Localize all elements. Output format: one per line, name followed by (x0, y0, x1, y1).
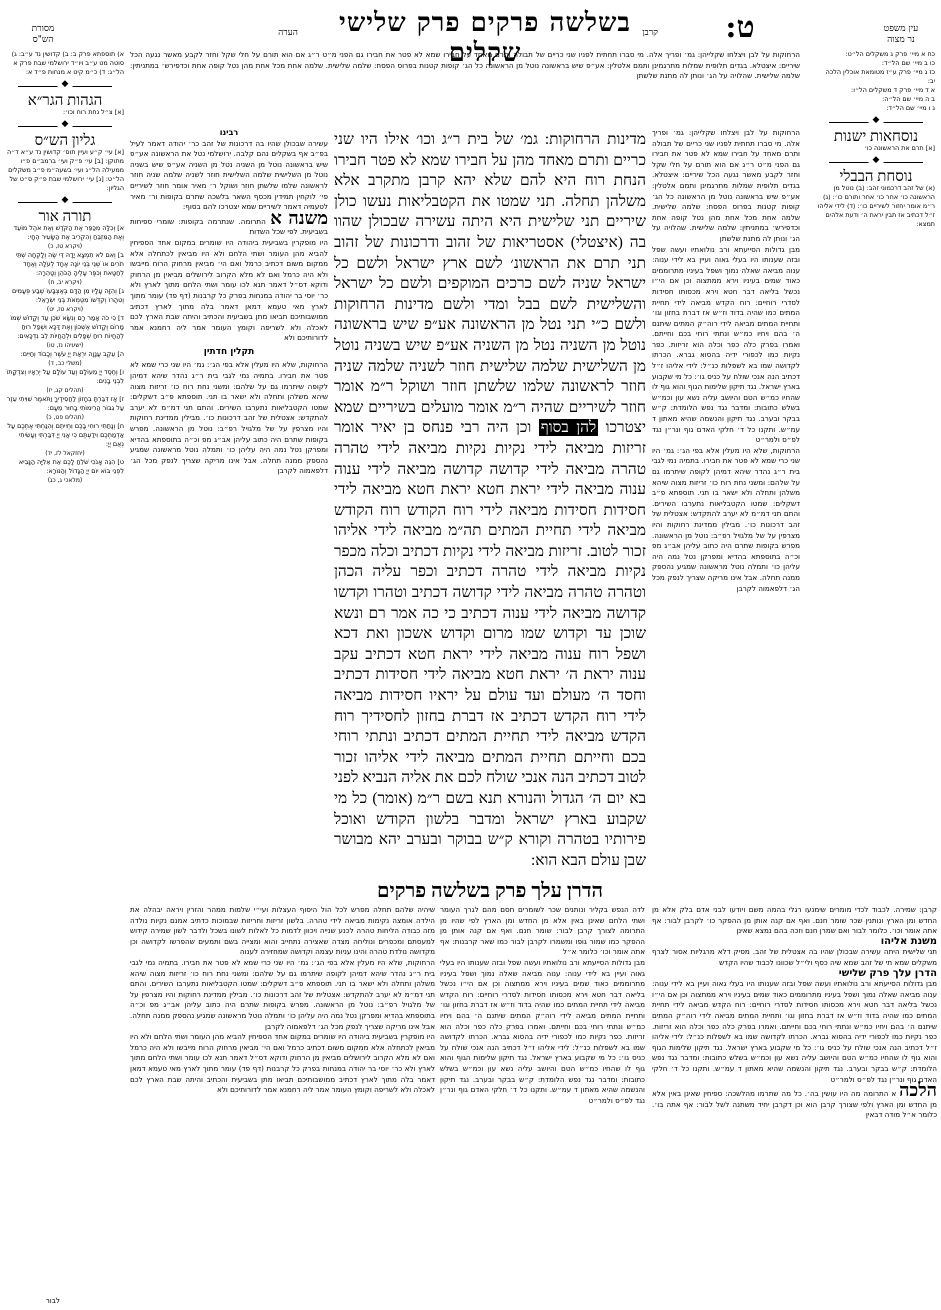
mishnat-eliyahu-text: תני שלישית היתה עשירה שבכולן שהיו בה אצט… (652, 947, 937, 968)
verse: ב] וְאִם לֹא תִמְצָא יָדָהּ דֵּי שֶׂה וְ… (6, 251, 124, 278)
korban-label: קרבן (630, 28, 670, 39)
verse: ד] כִּי כֹה אָמַר רָם וְנִשָּׂא שֹׁכֵן ע… (6, 314, 124, 341)
korban-haeda-text: הרחוקות על לבן ויצלחו שקלייהן: גמ׳ ופריך… (652, 128, 800, 245)
ornament-divider (829, 157, 923, 169)
daf-number: ט: (710, 10, 770, 45)
lower-middle-commentary: לדה הנפש בקליר ונותנים שכר לשומרים חסם מ… (440, 905, 645, 1305)
hagahot-text: [א] צ״ל נחת רוח וכו׳: (6, 108, 124, 117)
korban-haeda-text: מבן גדולות הסייעתא ורב נולואתיו ועשה שפל… (652, 245, 800, 446)
verse: ט] הִנֵּה אָנֹכִי שֹׁלֵחַ לָכֶם אֵת אֵלִ… (6, 458, 124, 476)
ein-mishpat-label: עין משפט (871, 24, 931, 35)
pnei-moshe-column: רבינו עשירה שבכולן שהיו בה דרכונות של זה… (130, 128, 328, 898)
nusach-bavli-title: נוסחת הבבלי (817, 173, 935, 182)
chapter-end-heading: הדרן עלך פרק בשלשה פרקים (334, 881, 646, 900)
gemara-text: מדינות הרחוקות: גמ׳ של בית ר״ג וכו׳ אילו… (334, 131, 646, 436)
ner-mitzva-label: נר מצוה (871, 35, 931, 46)
ein-mishpat-entry: ב ה מיי׳ שם הל״ה: (817, 95, 935, 104)
hashas-label: הש"ס (18, 35, 68, 46)
bottom-left-text: שיהיה שלהם תחלה מפרש לכל הול היסוף העצלו… (130, 905, 435, 958)
catchword: לבור (20, 1296, 60, 1307)
verse-source: (תהלים קג, יז) (6, 386, 124, 395)
verse: ח] וְנָתַתִּי רוּחִי בָכֶם וִחְיִיתֶם וְ… (6, 422, 124, 449)
mishna-body: היו מופקרין בשביעית ביהודה היו שומרים במ… (130, 238, 328, 344)
halacha-lower-label: הלכה (899, 1080, 937, 1100)
mesoret-label: מסורת (18, 24, 68, 35)
ein-mishpat-column: כח א מיי׳ פרק ג משקלים הל״ט: כו ב מיי׳ ש… (817, 50, 935, 350)
ein-mishpat-entry: א ד מיי׳ פרק ד משקלים הל״ו: (817, 86, 935, 95)
tiklin-title: תקלין חדתין (130, 347, 328, 358)
verse: א] וְכִלָּה מִכַּפֵּר אֶת הַקֹּדֶשׁ וְאֶ… (6, 224, 124, 242)
verse: ה] עֵקֶב עֲנָוָה יִרְאַת יְיָ עֹשֶׁר וְכ… (6, 350, 124, 359)
gilyon-text: [א] עי׳ ק״ע ועיין תוס׳ קדושין נד ע״א ד״ה… (6, 148, 124, 193)
haeda-label: הערה (268, 28, 308, 39)
main-text-column: מדינות הרחוקות: גמ׳ של בית ר״ג וכו׳ אילו… (334, 130, 646, 900)
ornament-divider (18, 121, 112, 133)
verse-source: (ישעיהו נז, טו) (6, 341, 124, 350)
ein-mishpat-entry: כז ג מיי׳ פרק ע״ז מטומאת אוכלין הלכה יב: (817, 68, 935, 86)
korban-haeda-column: הרחוקות על לבן ויצלחו שקלייהן: גמ׳ ופריך… (652, 128, 800, 898)
mishna-label: משנה א (270, 208, 328, 228)
verse-source: (ויקרא טז, כ) (6, 242, 124, 251)
korban-commentary-top: הרחוקות על לבן ויצלחו שקלייהן: גמ׳ ופריך… (130, 50, 800, 128)
verse-source: (תהלים פט, כ) (6, 413, 124, 422)
verse: ז] אָז דִּבַּרְתָּ בְחָזוֹן לַחֲסִידֶיךָ… (6, 395, 124, 413)
halacha-lower-text: א התרומה מה היו עושין בה׳. כל מה שתרמו מ… (652, 1089, 937, 1119)
bottom-left-text: היו מופקרין בשביעית ביהודה היו שומרים במ… (130, 1032, 435, 1096)
lower-left-commentary: שיהיה שלהם תחלה מפרש לכל הול היסוף העצלו… (130, 905, 435, 1295)
verse-source: (מלאכי ג, כג) (6, 476, 124, 485)
ornament-divider (18, 81, 112, 93)
lower-right-commentary: קרבן: שמירה. לכבוד לכדי מומרים שימנעו רג… (652, 905, 937, 1305)
ein-mishpat-entry: כח א מיי׳ פרק ג משקלים הל״ט: (817, 50, 935, 59)
verse-source: (ויקרא טז, יט) (6, 305, 124, 314)
bottom-mid-text: מבן גדולות הסייעתא ורב נולואתיו ועשה שפל… (440, 958, 645, 1106)
verse-source: (יחזקאל לז, יד) (6, 449, 124, 458)
nuschaot-title: נוסחאות ישנות (817, 133, 935, 142)
ornament-divider (18, 197, 112, 209)
tiklin-text: הרחוקות, שלא היו מעלין אלא בפי הג׳: גמ׳ … (130, 360, 328, 477)
ein-mishpat-entry: כו ב מיי׳ שם הל״ד: (817, 59, 935, 68)
pnei-moshe-text-top: עשירה שבכולן שהיו בה דרכונות של זהב כר׳ … (130, 139, 328, 213)
verse: ו] וְחֶסֶד יְיָ מֵעוֹלָם וְעַד עוֹלָם עַ… (6, 368, 124, 386)
mishnat-eliyahu-title: משנת אליהו (652, 937, 937, 948)
verse-source: (משלי כב, ד) (6, 359, 124, 368)
torah-or-title: תורה אור (6, 213, 124, 222)
ein-mishpat-header: עין משפט נר מצוה (871, 24, 931, 46)
korban-haeda-text: הרחוקות, שלא היו מעלין אלא בפי הג׳: גמ׳ … (652, 446, 800, 594)
mesoret-header: מסורת הש"ס (18, 24, 68, 46)
hadran-small: הדרן עלך פרק שלישי (652, 969, 937, 980)
bottom-left-text: הרחוקות, שלא היו מעלין אלא בפי הג׳: גמ׳ … (130, 958, 435, 1032)
mesoret-entries: א) תוספתא פרק ב: ב) קדושין נד ע״ב: ג) סו… (6, 50, 124, 77)
ornament-divider (829, 117, 923, 129)
verse: ג] וְהִזָּה עָלָיו מִן הַדָּם בְּאֶצְבָּ… (6, 287, 124, 305)
nusach-bavli-text: (א) של זהב דרכמוני זהב: (ב) נוטל מן הראש… (817, 184, 935, 229)
gemara-text-continued: וכן היה רבי פנחס בן יאיר אומר זריזות מבי… (334, 419, 646, 868)
ribbon-title: רבינו (130, 128, 328, 139)
korban-lower-text: קרבן: שמירה. לכבוד לכדי מומרים שימנעו רג… (652, 905, 937, 937)
penei-moshe-lower-text: מבן גדולות הסייעתא ורב נולואתיו ועשה שפל… (652, 979, 937, 1085)
nuschaot-text: [א] תרם את הראשונה כו׳ (817, 144, 935, 153)
highlighted-selection[interactable]: להן בסוף (539, 419, 598, 436)
ein-mishpat-entry: ג ו מיי׳ שם הל״ד: (817, 104, 935, 113)
gilyon-title: גליון הש״ס (6, 137, 124, 146)
verse-source: (ויקרא יב, ח) (6, 278, 124, 287)
bottom-mid-text: לדה הנפש בקליר ונותנים שכר לשומרים חסם מ… (440, 905, 645, 958)
hagahot-title: הגהות הגר״א (6, 97, 124, 106)
left-margin-column: א) תוספתא פרק ב: ב) קדושין נד ע״ב: ג) סו… (6, 50, 124, 850)
